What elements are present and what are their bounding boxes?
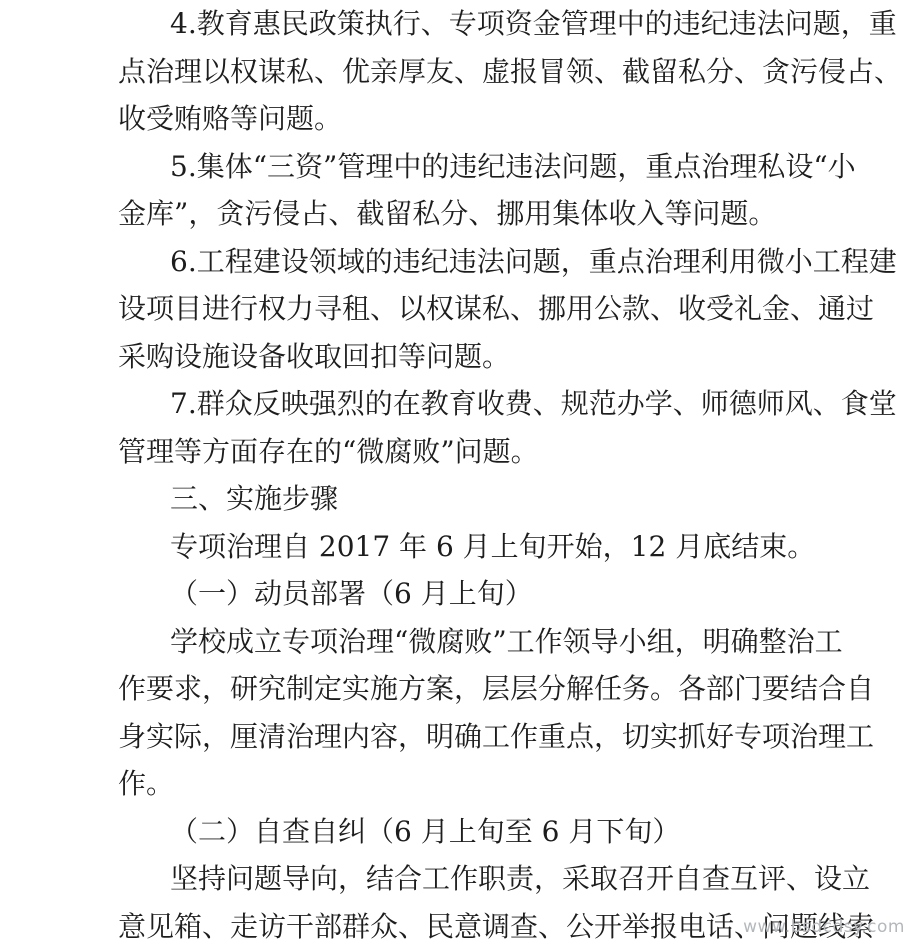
paragraph-section-heading: 三、实施步骤 bbox=[118, 475, 908, 523]
text-line: 作要求，研究制定实施方案，层层分解任务。各部门要结合自 bbox=[118, 665, 908, 713]
text-line: 管理等方面存在的“微腐败”问题。 bbox=[118, 428, 908, 476]
text-line: 身实际，厘清治理内容，明确工作重点，切实抓好专项治理工 bbox=[118, 713, 908, 761]
paragraph-body: 6.工程建设领域的违纪违法问题，重点治理利用微小工程建设项目进行权力寻租、以权谋… bbox=[118, 238, 908, 381]
document-body: 4.教育惠民政策执行、专项资金管理中的违纪违法问题，重点治理以权谋私、优亲厚友、… bbox=[118, 0, 908, 942]
document-page: 4.教育惠民政策执行、专项资金管理中的违纪违法问题，重点治理以权谋私、优亲厚友、… bbox=[0, 0, 908, 942]
text-line: 4.教育惠民政策执行、专项资金管理中的违纪违法问题，重 bbox=[118, 0, 908, 48]
text-line: 7.群众反映强烈的在教育收费、规范办学、师德师风、食堂 bbox=[118, 380, 908, 428]
paragraph-sub-heading: （二）自查自纠（6 月上旬至 6 月下旬） bbox=[118, 808, 908, 856]
paragraph-sub-heading: （一）动员部署（6 月上旬） bbox=[118, 570, 908, 618]
paragraph-body: 4.教育惠民政策执行、专项资金管理中的违纪违法问题，重点治理以权谋私、优亲厚友、… bbox=[118, 0, 908, 143]
paragraph-body: 学校成立专项治理“微腐败”工作领导小组，明确整治工作要求，研究制定实施方案，层层… bbox=[118, 618, 908, 808]
text-line: 三、实施步骤 bbox=[118, 475, 908, 523]
text-line: 收受贿赂等问题。 bbox=[118, 95, 908, 143]
text-line: 6.工程建设领域的违纪违法问题，重点治理利用微小工程建 bbox=[118, 238, 908, 286]
text-line: 设项目进行权力寻租、以权谋私、挪用公款、收受礼金、通过 bbox=[118, 285, 908, 333]
watermark-text: www.bsdcdsy.com bbox=[743, 917, 905, 937]
text-line: （二）自查自纠（6 月上旬至 6 月下旬） bbox=[118, 808, 908, 856]
paragraph-body: 7.群众反映强烈的在教育收费、规范办学、师德师风、食堂管理等方面存在的“微腐败”… bbox=[118, 380, 908, 475]
paragraph-body: 5.集体“三资”管理中的违纪违法问题，重点治理私设“小金库”，贪污侵占、截留私分… bbox=[118, 143, 908, 238]
paragraph-body: 专项治理自 2017 年 6 月上旬开始，12 月底结束。 bbox=[118, 523, 908, 571]
text-line: 点治理以权谋私、优亲厚友、虚报冒领、截留私分、贪污侵占、 bbox=[118, 48, 908, 96]
text-line: 坚持问题导向，结合工作职责，采取召开自查互评、设立 bbox=[118, 855, 908, 903]
text-line: 采购设施设备收取回扣等问题。 bbox=[118, 333, 908, 381]
text-line: 金库”，贪污侵占、截留私分、挪用集体收入等问题。 bbox=[118, 190, 908, 238]
text-line: （一）动员部署（6 月上旬） bbox=[118, 570, 908, 618]
text-line: 专项治理自 2017 年 6 月上旬开始，12 月底结束。 bbox=[118, 523, 908, 571]
text-line: 作。 bbox=[118, 760, 908, 808]
text-line: 5.集体“三资”管理中的违纪违法问题，重点治理私设“小 bbox=[118, 143, 908, 191]
text-line: 学校成立专项治理“微腐败”工作领导小组，明确整治工 bbox=[118, 618, 908, 666]
